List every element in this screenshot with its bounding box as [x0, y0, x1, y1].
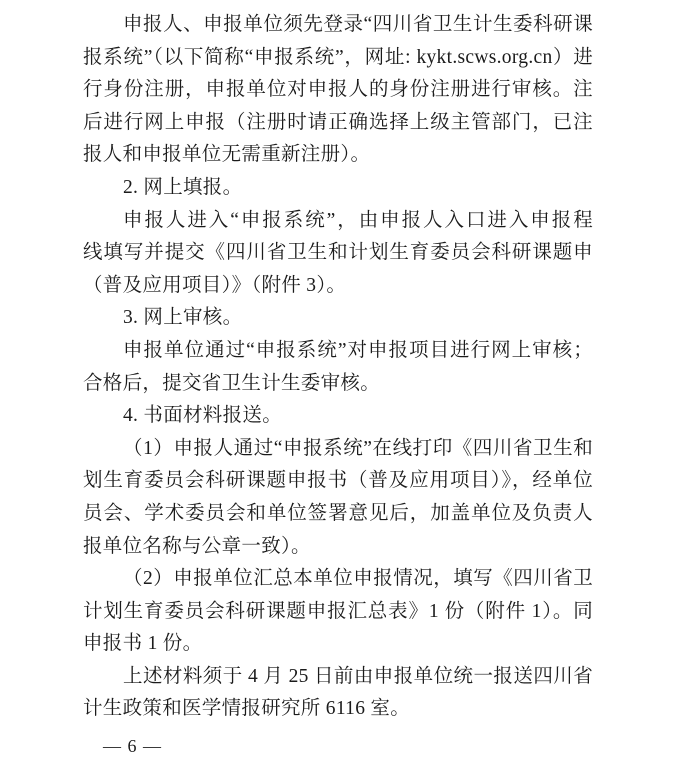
section-heading-3: 3. 网上审核。 [83, 302, 593, 335]
text-line: 上述材料须于 4 月 25 日前由申报单位统一报送四川省卫生 [83, 661, 593, 694]
text-line: 划生育委员会科研课题申报书（普及应用项目）》，经单位伦理委 [83, 465, 593, 498]
text-line: 计划生育委员会科研课题申报汇总表》1 份（附件 1）。同时附上 [83, 596, 593, 629]
text-line: 申报书 1 份。 [83, 628, 593, 661]
document-page-body: 申报人、申报单位须先登录“四川省卫生计生委科研课题申 报系统”（以下简称“申报系… [83, 9, 593, 726]
text-line: 报系统”（以下简称“申报系统”，网址: kykt.scws.org.cn）进 [83, 42, 593, 75]
text-line: （1）申报人通过“申报系统”在线打印《四川省卫生和计 [83, 433, 593, 466]
text-line: 后进行网上申报（注册时请正确选择上级主管部门，已注册的申 [83, 107, 593, 140]
text-line: 报单位名称与公章一致）。 [83, 531, 593, 564]
text-line: 行身份注册，申报单位对申报人的身份注册进行审核。注册成功 [83, 74, 593, 107]
text-line: 申报人、申报单位须先登录“四川省卫生计生委科研课题申 [83, 9, 593, 42]
text-line: 员会、学术委员会和单位签署意见后，加盖单位及负责人公章（申 [83, 498, 593, 531]
text-line: 计生政策和医学情报研究所 6116 室。 [83, 693, 593, 726]
text-line: 线填写并提交《四川省卫生和计划生育委员会科研课题申报书 [83, 237, 593, 270]
text-line: （2）申报单位汇总本单位申报情况，填写《四川省卫生和 [83, 563, 593, 596]
text-line: 申报人进入“申报系统”，由申报人入口进入申报程序，在 [83, 205, 593, 238]
section-heading-4: 4. 书面材料报送。 [83, 400, 593, 433]
section-heading-2: 2. 网上填报。 [83, 172, 593, 205]
text-line: 合格后，提交省卫生计生委审核。 [83, 368, 593, 401]
text-line: 申报单位通过“申报系统”对申报项目进行网上审核；审查 [83, 335, 593, 368]
text-line: （普及应用项目）》（附件 3）。 [83, 270, 593, 303]
page-number: — 6 — [103, 734, 162, 758]
text-line: 报人和申报单位无需重新注册）。 [83, 139, 593, 172]
